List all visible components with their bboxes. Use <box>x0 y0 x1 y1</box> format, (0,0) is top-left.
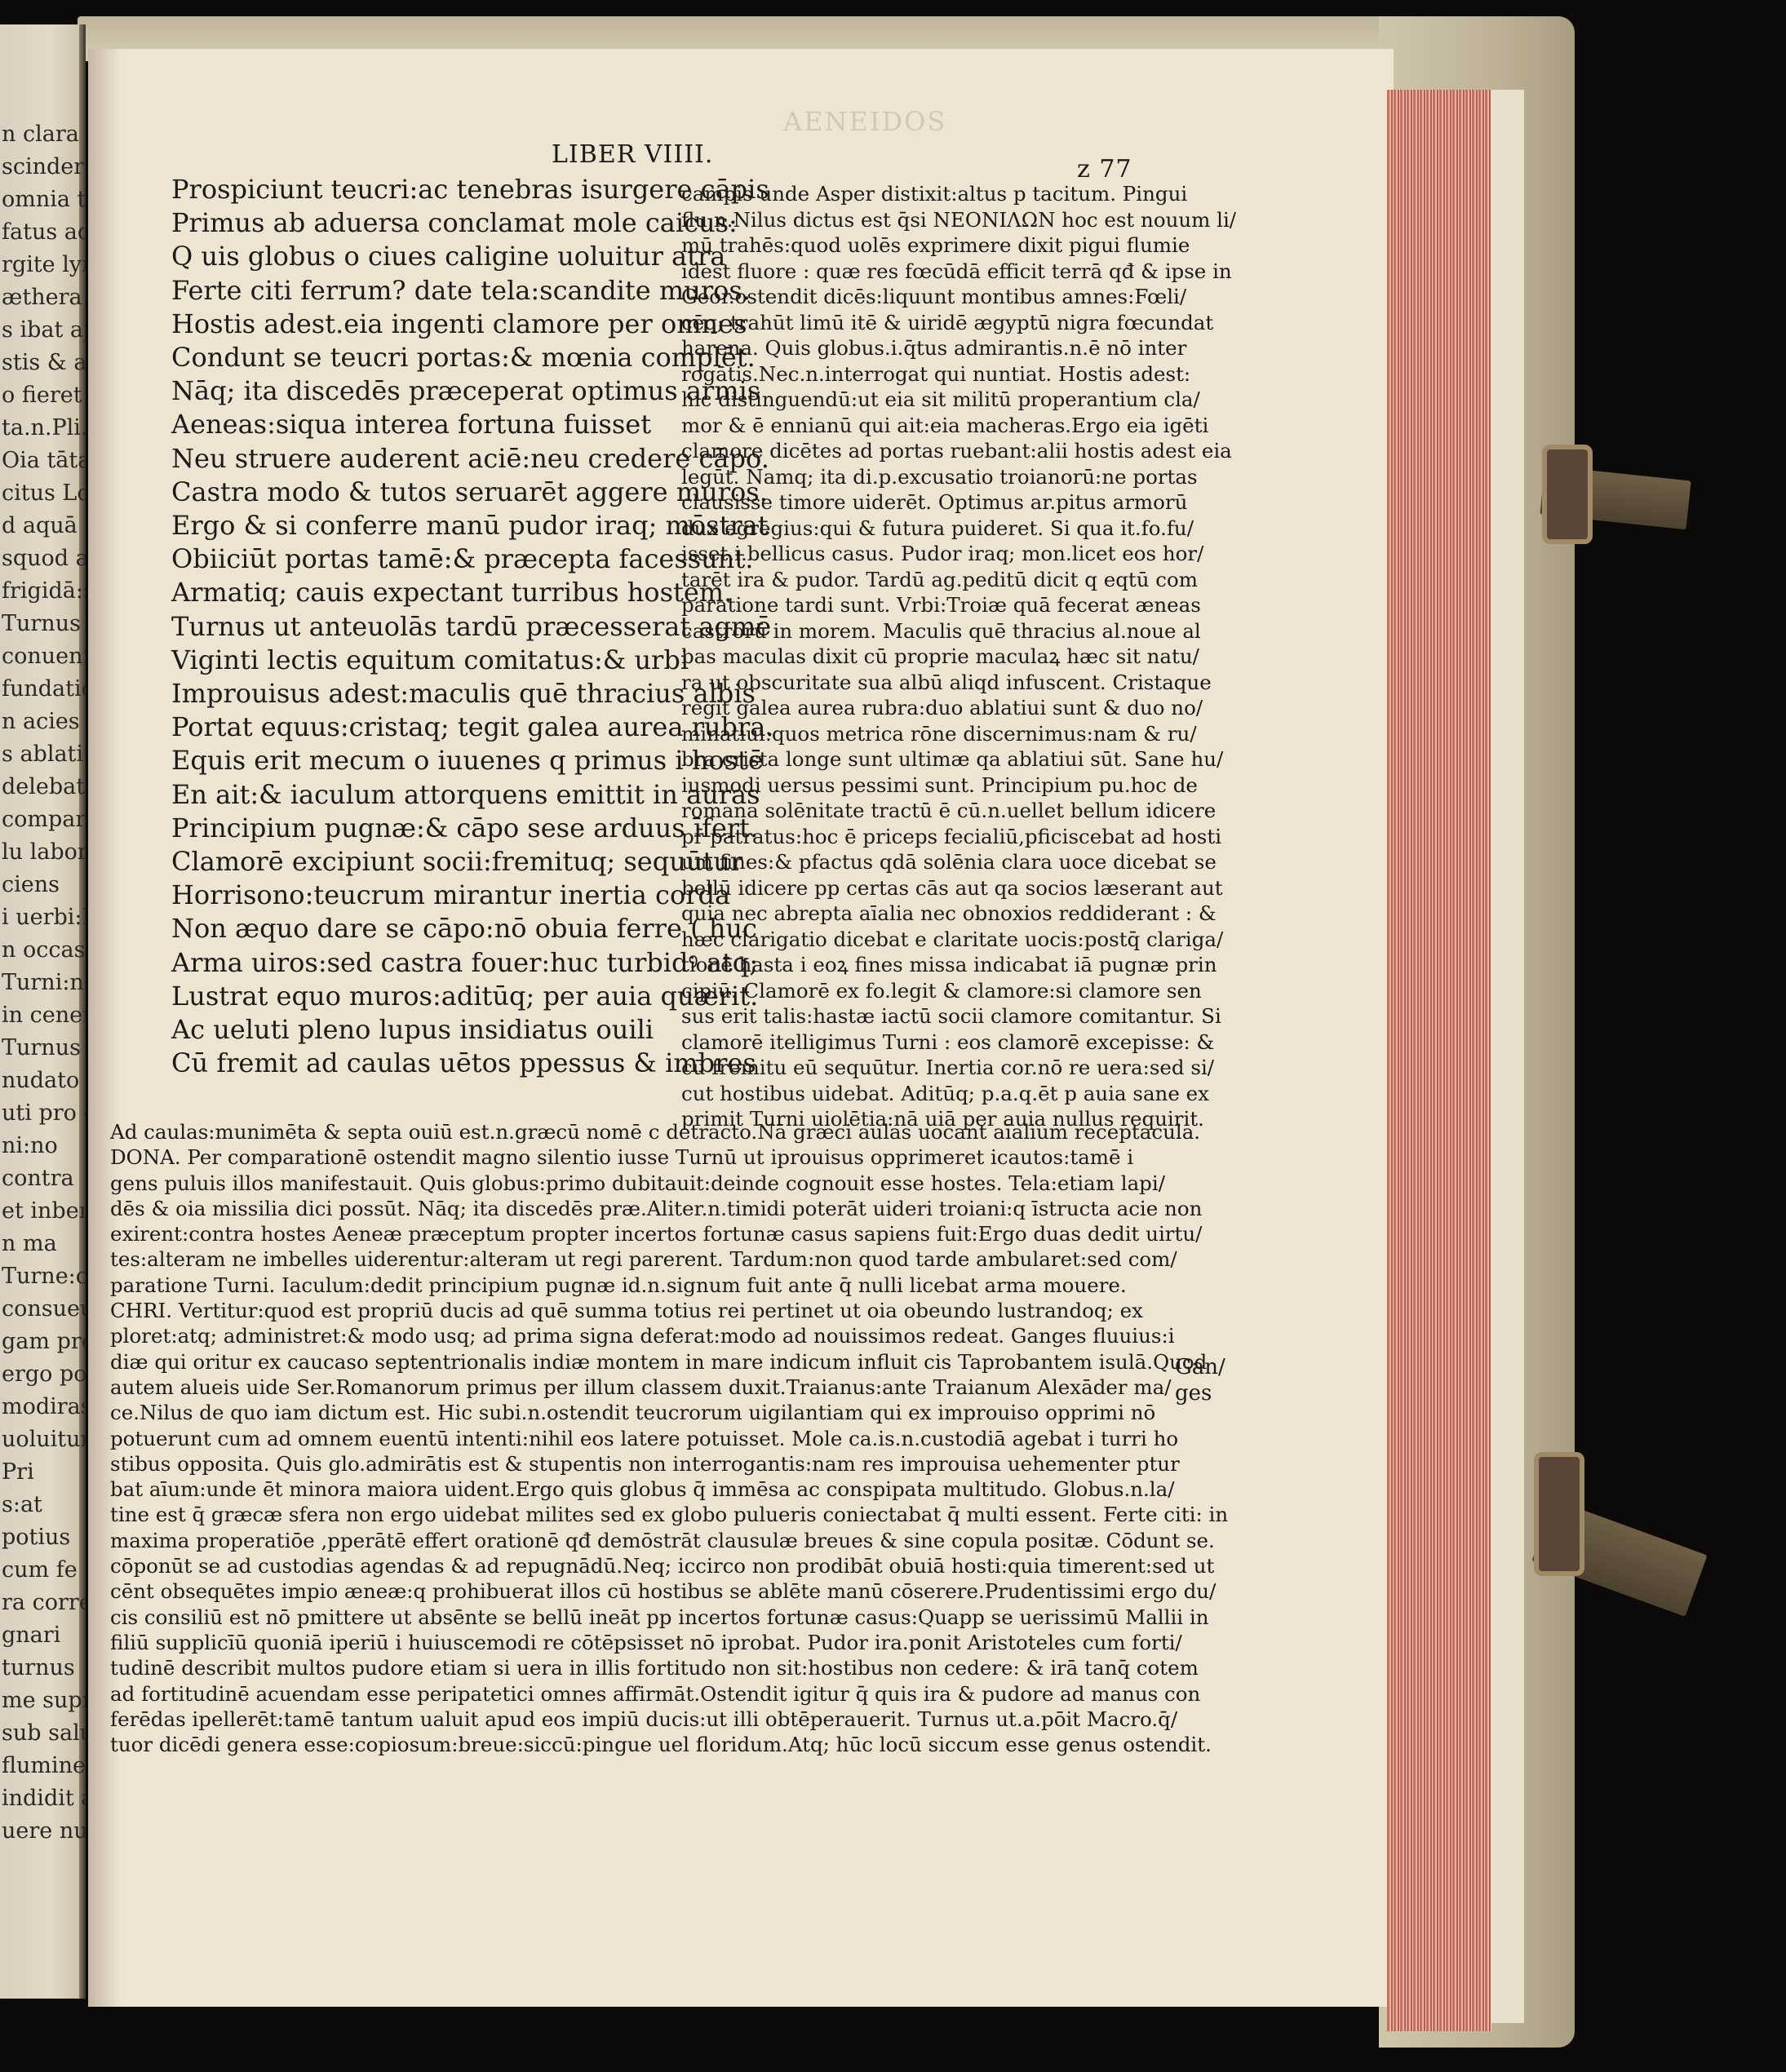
left-page-line: cum fe <box>2 1558 78 1583</box>
verse-line: Castra modo & tutos seruarēt aggere muro… <box>171 476 677 509</box>
commentary-line: isset.i.bellicus casus. Pudor iraq; mon.… <box>681 541 1203 567</box>
verse-line: Improuisus adest:maculis quē thracius al… <box>171 677 677 711</box>
commentary-line: rogātis.Nec.n.interrogat qui nuntiat. Ho… <box>681 361 1203 387</box>
left-page-line: modiras ex <box>2 1395 86 1419</box>
verse-line: Non æquo dare se cāpo:nō obuia ferre ( h… <box>171 912 677 945</box>
left-page-line: ergo pos <box>2 1362 86 1387</box>
commentary-line: exirent:contra hostes Aeneæ præceptum pr… <box>110 1221 1203 1246</box>
commentary-line: regit galea aurea rubra:duo ablatiui sun… <box>681 695 1203 721</box>
left-page-line: i uerbi:Ille <box>2 905 86 930</box>
left-page-line: o fieret nullus ui/ <box>2 383 86 408</box>
margin-note-line: Gan/ <box>1175 1354 1225 1380</box>
verse-line: Ferte citi ferrum? date tela:scandite mu… <box>171 274 677 308</box>
left-page-line: ra corrent <box>2 1591 86 1615</box>
commentary-line: DONA. Per comparationē ostendit magno si… <box>110 1144 1203 1170</box>
commentary-line: cōponūt se ad custodias agendas & ad rep… <box>110 1553 1203 1578</box>
left-page-line: n acies militū <box>2 710 86 734</box>
left-page-line: gnari <box>2 1623 60 1648</box>
folio-number: z 77 <box>1077 155 1132 184</box>
commentary-line: flu.n.Nilus dictus est q̄si ΝΕΟΝΙΛΩΝ hoc… <box>681 207 1203 233</box>
commentary-line: iusmodi uersus pessimi sunt. Principium … <box>681 773 1203 799</box>
left-page-line: n ma <box>2 1232 57 1256</box>
left-page-line: fundationem in <box>2 677 86 702</box>
commentary-line: dēs & oia missilia dici possūt. Nāq; ita… <box>110 1196 1203 1221</box>
verse-text-block: Prospiciunt teucri:ac tenebras isurgere … <box>171 173 677 1080</box>
commentary-line: ferēdas ipellerēt:tamē tantum ualuit apu… <box>110 1707 1203 1732</box>
left-page-line: consueuit <box>2 1297 86 1322</box>
left-page-line: rgite lymphas: <box>2 253 86 277</box>
commentary-line: cū fremitu eū sequūtur. Inertia cor.nō r… <box>681 1055 1203 1081</box>
left-page-line: n occasione <box>2 938 86 963</box>
left-page-line: n clara repente <box>2 122 86 147</box>
left-page-line: uoluitur <box>2 1428 86 1452</box>
commentary-line: pr̄ patratus:hoc ē priceps fecialiū,pfic… <box>681 824 1203 850</box>
commentary-line: gens puluis illos manifestauit. Quis glo… <box>110 1171 1203 1196</box>
verse-line: Arma uiros:sed castra fouer:huc turbidꝰ … <box>171 946 677 980</box>
left-page-line: flumine nilus <box>2 1754 86 1778</box>
left-page-line: ta.n.Pli. uocat dir <box>2 416 86 441</box>
show-through-text: AENEIDOS <box>783 106 946 137</box>
left-page-line: conuenisse nuisse <box>2 644 86 669</box>
left-page-line: squod aquæ in <box>2 547 86 571</box>
verse-line: Portat equus:cristaq; tegit galea aurea … <box>171 711 677 744</box>
left-page-line: Oia tāta.s.cæle <box>2 449 86 473</box>
verse-line: Turnus ut anteuolās tardū præcesserat ag… <box>171 610 677 644</box>
commentary-bottom-block: Ad caulas:munimēta & septa ouiū est.n.gr… <box>110 1119 1203 1757</box>
verse-line: Armatiq; cauis expectant turribus hostem… <box>171 576 677 609</box>
left-page-line: s ibat apertis <box>2 318 86 343</box>
commentary-line: dux egregius:qui & futura puideret. Si q… <box>681 516 1203 542</box>
commentary-line: ra ut obscuritate sua albū aliqd infusce… <box>681 670 1203 696</box>
commentary-line: castrorū in morem. Maculis quē thracius … <box>681 618 1203 644</box>
commentary-column: campis unde Asper distixit:altus p tacit… <box>681 181 1203 1132</box>
left-page-line: me supra cu <box>2 1689 86 1713</box>
verse-line: Lustrat equo muros:aditūq; per auia quær… <box>171 980 677 1013</box>
commentary-line: bas maculas dixit cū proprie maculaꝝ hæc… <box>681 644 1203 670</box>
commentary-line: tine est q̄ græcæ sfera non ergo uidebat… <box>110 1502 1203 1527</box>
commentary-line: tionē hasta i eoꝝ fines missa indicabat … <box>681 952 1203 978</box>
fore-edge-margin <box>1491 90 1524 2023</box>
commentary-line: mū trahēs:quod uolēs exprimere dixit pig… <box>681 232 1203 259</box>
upper-clasp-boss <box>1542 445 1593 544</box>
commentary-line: clamore dicētes ad portas ruebant:alii h… <box>681 438 1203 464</box>
left-page-line: s:at <box>2 1493 42 1517</box>
verse-line: Obiiciūt portas tamē:& præcepta facessun… <box>171 542 677 576</box>
commentary-line: Ad caulas:munimēta & septa ouiū est.n.gr… <box>110 1119 1203 1144</box>
commentary-line: minatiui:quos metrica rōne discernimus:n… <box>681 721 1203 747</box>
commentary-line: potuerunt cum ad omnem euentū intenti:ni… <box>110 1426 1203 1451</box>
verse-line: Aeneas:siqua interea fortuna fuisset <box>171 408 677 441</box>
commentary-line: diæ qui oritur ex caucaso septentrionali… <box>110 1349 1203 1375</box>
red-sprinkled-fore-edge <box>1387 90 1491 2031</box>
left-page-line: Turnus mini <box>2 612 86 636</box>
left-page-line: æthera uotis, <box>2 286 86 310</box>
commentary-line: hic distinguendū:ut eia sit militū prope… <box>681 387 1203 413</box>
left-page-line: scindere cælū: <box>2 155 86 179</box>
commentary-line: CHRI. Vertitur:quod est propriū ducis ad… <box>110 1298 1203 1323</box>
commentary-line: bra crista longe sunt ultimæ qa ablatiui… <box>681 746 1203 773</box>
commentary-line: harena. Quis globus.i.q̄tus admirantis.n… <box>681 335 1203 361</box>
verse-line: Horrisono:teucrum mirantur inertia corda <box>171 879 677 912</box>
commentary-line: cipiū. Clamorē ex fo.legit & clamore:si … <box>681 978 1203 1004</box>
commentary-line: cēnt obsequētes impio æneæ:q prohibuerat… <box>110 1578 1203 1604</box>
verse-line: Neu struere auderent aciē:neu credere cā… <box>171 442 677 476</box>
verse-line: Ac ueluti pleno lupus insidiatus ouili <box>171 1013 677 1047</box>
commentary-line: clausisse timore uiderēt. Optimus ar.pit… <box>681 489 1203 516</box>
commentary-line: clamorē itelligimus Turni : eos clamorē … <box>681 1029 1203 1056</box>
commentary-line: ad fortitudinē acuendam esse peripatetic… <box>110 1681 1203 1707</box>
left-page-fragment: n clara repentescindere cælū:omnia tanta… <box>0 24 86 1999</box>
verse-line: Clamorē excipiunt socii:fremituq; sequūt… <box>171 845 677 879</box>
verse-line: Primus ab aduersa conclamat mole caicus: <box>171 206 677 240</box>
left-page-line: contra <box>2 1167 74 1191</box>
left-page-line: s ablatiuum. <box>2 742 86 767</box>
commentary-line: tarēt ira & pudor. Tardū ag.peditū dicit… <box>681 567 1203 593</box>
verse-line: Cū fremit ad caulas uētos ppessus & imbr… <box>171 1047 677 1080</box>
verse-line: Prospiciunt teucri:ac tenebras isurgere … <box>171 173 677 206</box>
left-page-line: uti pro quo <box>2 1101 86 1126</box>
commentary-line: bellū idicere pp certas cās aut qa socio… <box>681 875 1203 901</box>
verse-line: Hostis adest.eia ingenti clamore per omn… <box>171 308 677 341</box>
left-page-line: indidit aluco <box>2 1786 86 1811</box>
left-page-line: ciens <box>2 873 60 897</box>
left-page-line: delebat: nocio <box>2 775 86 799</box>
verse-line: Principium pugnæ:& cāpo sese arduus īfer… <box>171 812 677 845</box>
commentary-line: stibus opposita. Quis glo.admirātis est … <box>110 1451 1203 1477</box>
left-page-line: ni:no <box>2 1134 58 1158</box>
left-page-line: citus Locus autē <box>2 481 86 506</box>
verse-line: Q uis globus o ciues caligine uoluitur a… <box>171 240 677 273</box>
commentary-line: um fines:& pfactus qdā solēnia clara uoc… <box>681 849 1203 875</box>
commentary-line: tuor dicēdi genera esse:copiosum:breue:s… <box>110 1732 1203 1757</box>
lower-clasp-boss <box>1534 1452 1584 1576</box>
left-page-line: frigidā:sed <box>2 579 86 604</box>
commentary-line: tes:alteram ne imbelles uiderentur:alter… <box>110 1246 1203 1272</box>
commentary-line: filiū supplicīū quoniā iperiū i huiuscem… <box>110 1630 1203 1655</box>
left-page-line: potius <box>2 1525 70 1550</box>
commentary-line: tudinē describit multos pudore etiam si … <box>110 1655 1203 1680</box>
marginal-note: Gan/ges <box>1175 1354 1225 1406</box>
left-page-line: gam prestare <box>2 1330 86 1354</box>
verse-line: Condunt se teucri portas:& mœnia complēt… <box>171 341 677 374</box>
verse-line: Viginti lectis equitum comitatus:& urbi <box>171 644 677 677</box>
margin-note-line: ges <box>1175 1380 1225 1406</box>
commentary-line: maxima properatiōe ,pperātē effert orati… <box>110 1528 1203 1553</box>
left-page-line: uere nubem <box>2 1819 86 1844</box>
left-page-line: comparatio <box>2 808 86 832</box>
commentary-line: ce.Nilus de quo iam dictum est. Hic subi… <box>110 1400 1203 1425</box>
commentary-line: cut hostibus uidebat. Aditūq; p.a.q.ēt p… <box>681 1081 1203 1107</box>
commentary-line: mor & ē ennianū qui ait:eia macheras.Erg… <box>681 413 1203 439</box>
commentary-line: bat aīum:unde ēt minora maiora uident.Er… <box>110 1477 1203 1502</box>
left-page-line: omnia tanta <box>2 188 86 212</box>
commentary-line: romana solēnitate tractū ē cū.n.uellet b… <box>681 798 1203 824</box>
left-page-line: Pri <box>2 1460 34 1485</box>
commentary-line: cis consiliū est nō pmittere ut absēnte … <box>110 1605 1203 1630</box>
left-page-line: Turne:ca/ <box>2 1264 86 1289</box>
commentary-line: cēq; trahūt limū itē & uiridē ægyptū nig… <box>681 310 1203 336</box>
commentary-line: idest fluore : quæ res fœcūdā efficit te… <box>681 259 1203 285</box>
commentary-line: paratione Turni. Iaculum:dedit principiu… <box>110 1273 1203 1298</box>
commentary-line: hæc clarigatio dicebat e claritate uocis… <box>681 927 1203 953</box>
left-page-line: d aquā uenissent <box>2 514 86 538</box>
left-page-line: nudato <box>2 1069 79 1093</box>
commentary-line: Geor.ostendit dicēs:liquunt montibus amn… <box>681 284 1203 310</box>
left-page-line: sub salus <box>2 1721 86 1746</box>
left-page-line: lu labore <box>2 840 86 865</box>
commentary-line: quia nec abrepta aīalia nec obnoxios red… <box>681 901 1203 927</box>
running-head: LIBER VIIII. <box>552 140 713 169</box>
commentary-line: ploret:atq; administret:& modo usq; ad p… <box>110 1323 1203 1348</box>
verse-line: En ait:& iaculum attorquens emittit in a… <box>171 778 677 812</box>
commentary-line: autem alueis uide Ser.Romanorum primus p… <box>110 1375 1203 1400</box>
commentary-line: campis unde Asper distixit:altus p tacit… <box>681 181 1203 207</box>
verse-line: Equis erit mecum o iuuenes q primus i ho… <box>171 744 677 777</box>
left-page-line: Turnus <box>2 1036 81 1060</box>
verse-line: Nāq; ita discedēs præceperat optimus arm… <box>171 374 677 408</box>
left-page-line: Turni:n <box>2 971 84 995</box>
left-page-line: fatus ad undam <box>2 220 86 245</box>
verse-line: Ergo & si conferre manū pudor iraq; mōst… <box>171 509 677 542</box>
left-page-line: in ceneris <box>2 1003 86 1028</box>
left-page-line: et inbendi <box>2 1199 86 1224</box>
commentary-line: paratione tardi sunt. Vrbi:Troiæ quā fec… <box>681 592 1203 618</box>
left-page-line: stis & auri, <box>2 351 86 375</box>
commentary-line: legūt. Namq; ita di.p.excusatio troianor… <box>681 464 1203 490</box>
left-page-line: turnus <box>2 1656 75 1680</box>
commentary-line: sus erit talis:hastæ iactū socii clamore… <box>681 1003 1203 1029</box>
